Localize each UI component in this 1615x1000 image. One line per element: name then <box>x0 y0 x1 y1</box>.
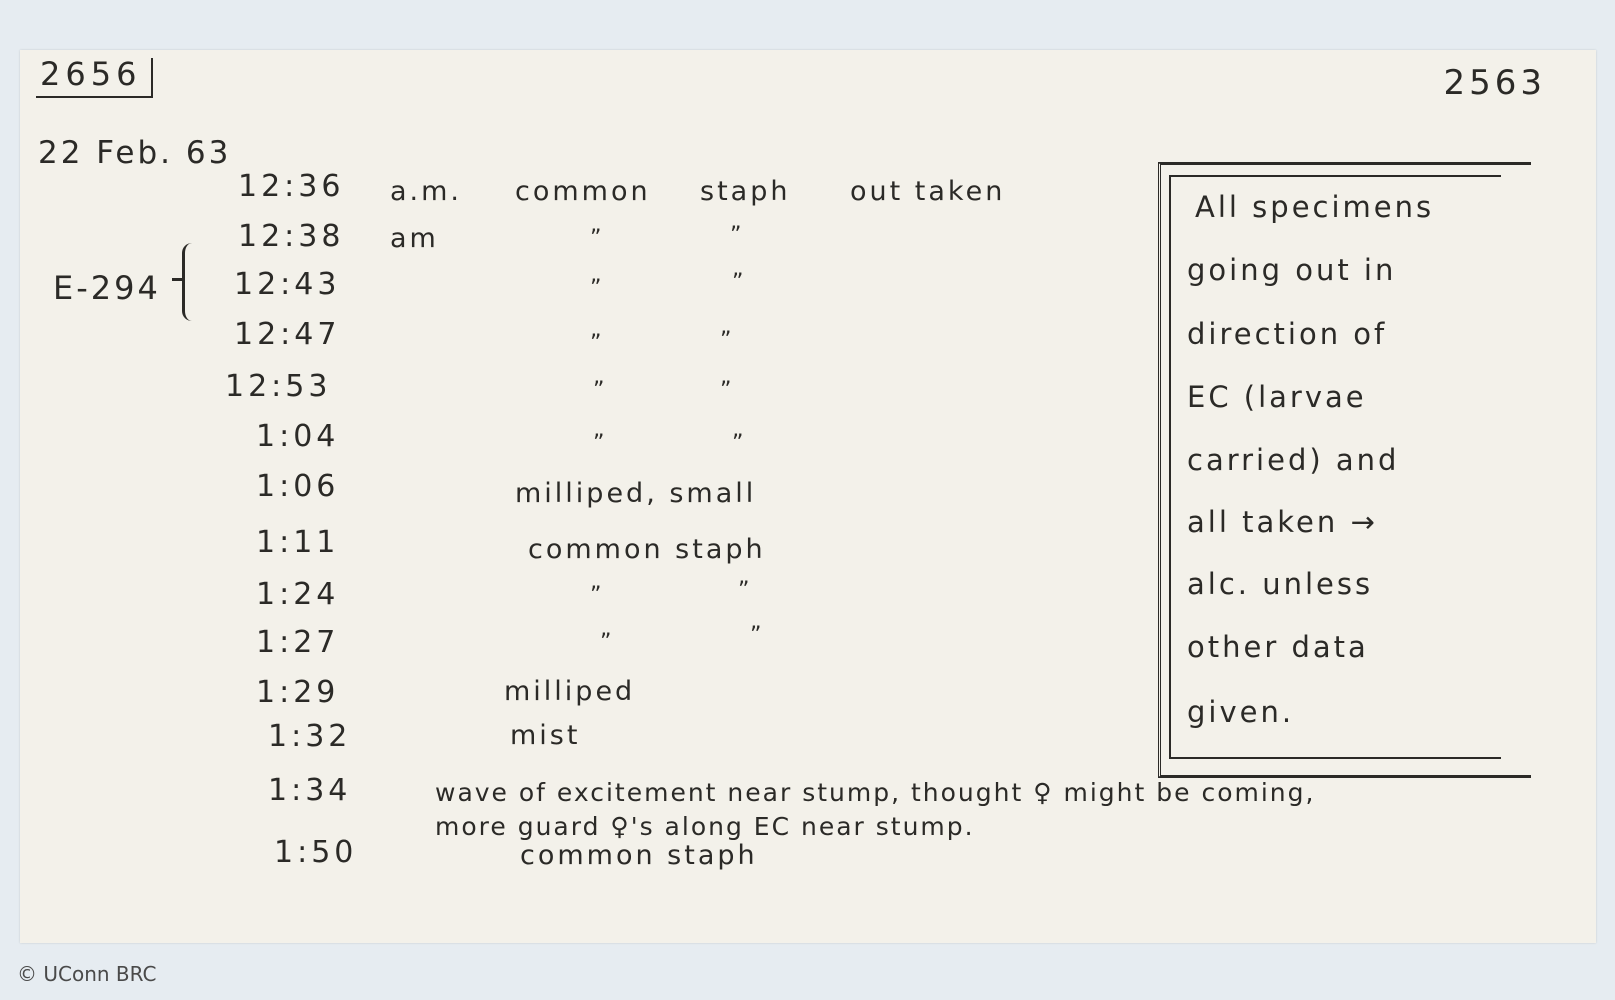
entry-text: common staph <box>520 842 758 869</box>
side-note-line: other data <box>1187 630 1369 664</box>
ditto-mark: ” <box>730 225 744 247</box>
copyright-credit: © UConn BRC <box>17 962 157 986</box>
entry-time: 1:34 <box>268 776 351 806</box>
side-note-box: All specimens going out in direction of … <box>1158 162 1531 778</box>
ditto-mark: ” <box>720 330 734 352</box>
entry-suffix: am <box>390 225 439 252</box>
entry-time: 12:53 <box>225 372 331 402</box>
side-note-line: alc. unless <box>1187 567 1373 601</box>
side-note-line: carried) and <box>1187 443 1399 477</box>
side-note-line: going out in <box>1187 253 1396 287</box>
entry-text: milliped, small <box>515 480 756 507</box>
entry-suffix: a.m. <box>390 178 462 205</box>
side-note-line: direction of <box>1187 317 1387 351</box>
observation-line-1: wave of excitement near stump, thought ♀… <box>435 778 1315 807</box>
entry-text: common staph <box>528 536 766 563</box>
catalog-number-right: 2563 <box>1443 66 1546 100</box>
ditto-mark: ” <box>600 632 614 654</box>
entry-time: 1:11 <box>256 528 339 558</box>
side-note-line: All specimens <box>1195 190 1434 224</box>
ditto-mark: ” <box>593 380 607 402</box>
ditto-mark: ” <box>593 433 607 455</box>
ditto-mark: ” <box>590 585 604 607</box>
entry-text: milliped <box>504 678 635 705</box>
entry-text: mist <box>510 722 580 749</box>
ditto-mark: ” <box>750 625 764 647</box>
entry-time: 12:43 <box>234 270 340 300</box>
date: 22 Feb. 63 <box>38 138 231 169</box>
entry-time: 1:06 <box>256 472 339 502</box>
specimen-label: E-294 <box>53 272 161 304</box>
entry-time: 12:47 <box>234 320 340 350</box>
ditto-mark: ” <box>732 433 746 455</box>
entry-time: 1:32 <box>268 722 351 752</box>
entry-time: 1:50 <box>274 838 357 868</box>
entry-time: 12:38 <box>238 222 344 252</box>
ditto-mark: ” <box>732 272 746 294</box>
entry-col2: staph <box>700 178 790 205</box>
entry-col1: common <box>515 178 651 205</box>
entry-col3: out taken <box>850 178 1005 205</box>
entry-time: 1:24 <box>256 580 339 610</box>
side-note-line: given. <box>1187 695 1294 729</box>
brace-icon <box>182 243 203 321</box>
entry-time: 12:36 <box>238 172 344 202</box>
brace-tip-icon <box>172 278 184 281</box>
entry-time: 1:27 <box>256 628 339 658</box>
ditto-mark: ” <box>590 333 604 355</box>
ditto-mark: ” <box>738 580 752 602</box>
side-note-line: EC (larvae <box>1187 380 1367 414</box>
ditto-mark: ” <box>590 228 604 250</box>
ditto-mark: ” <box>590 278 604 300</box>
entry-time: 1:29 <box>256 678 339 708</box>
observation-line-2: more guard ♀'s along EC near stump. <box>435 812 975 841</box>
ditto-mark: ” <box>720 380 734 402</box>
side-note-line: all taken → <box>1187 505 1378 539</box>
entry-time: 1:04 <box>256 422 339 452</box>
catalog-number-left: 2656 <box>36 58 153 98</box>
index-card: 2656 2563 22 Feb. 63 E-294 12:36 a.m. co… <box>20 50 1596 943</box>
